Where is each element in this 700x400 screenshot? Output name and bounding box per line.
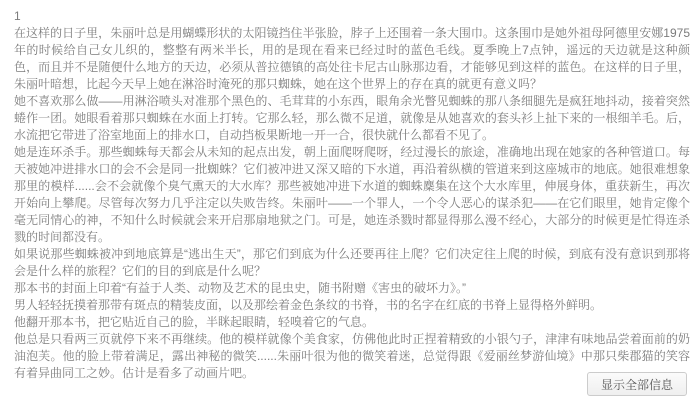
paragraph: 她是连环杀手。那些蜘蛛每天都会从未知的起点出发，朝上面爬呀爬呀，经过漫长的旅途，… xyxy=(14,144,690,246)
paragraph: 她不喜欢那么做——用淋浴喷头对准那个黑色的、毛茸茸的小东西，眼角余光瞥见蜘蛛的那… xyxy=(14,93,690,144)
paragraph: 男人轻轻抚摸着那带有斑点的精装皮面，以及那绘着金色条纹的书脊，书的名字在红底的书… xyxy=(14,297,690,314)
paragraph: 那本书的封面上印着“有益于人类、动物及艺术的昆虫史，随书附赠《害虫的破坏力》。” xyxy=(14,280,690,297)
paragraph: 他翻开那本书，把它贴近自己的脸，半眯起眼睛，轻嗅着它的气息。 xyxy=(14,314,690,331)
paragraph: 在这样的日子里，朱丽叶总是用蝴蝶形状的太阳镜挡住半张脸，脖子上还围着一条大围巾。… xyxy=(14,25,690,93)
chapter-section-number: 1 xyxy=(14,8,690,25)
chapter-text: 1 在这样的日子里，朱丽叶总是用蝴蝶形状的太阳镜挡住半张脸，脖子上还围着一条大围… xyxy=(14,8,690,382)
reader-page: 1 在这样的日子里，朱丽叶总是用蝴蝶形状的太阳镜挡住半张脸，脖子上还围着一条大围… xyxy=(0,0,700,400)
show-all-info-button[interactable]: 显示全部信息 xyxy=(587,372,687,396)
paragraph: 如果说那些蜘蛛被冲到地底算是“逃出生天”，那它们到底为什么还要再往上爬？它们决定… xyxy=(14,246,690,280)
